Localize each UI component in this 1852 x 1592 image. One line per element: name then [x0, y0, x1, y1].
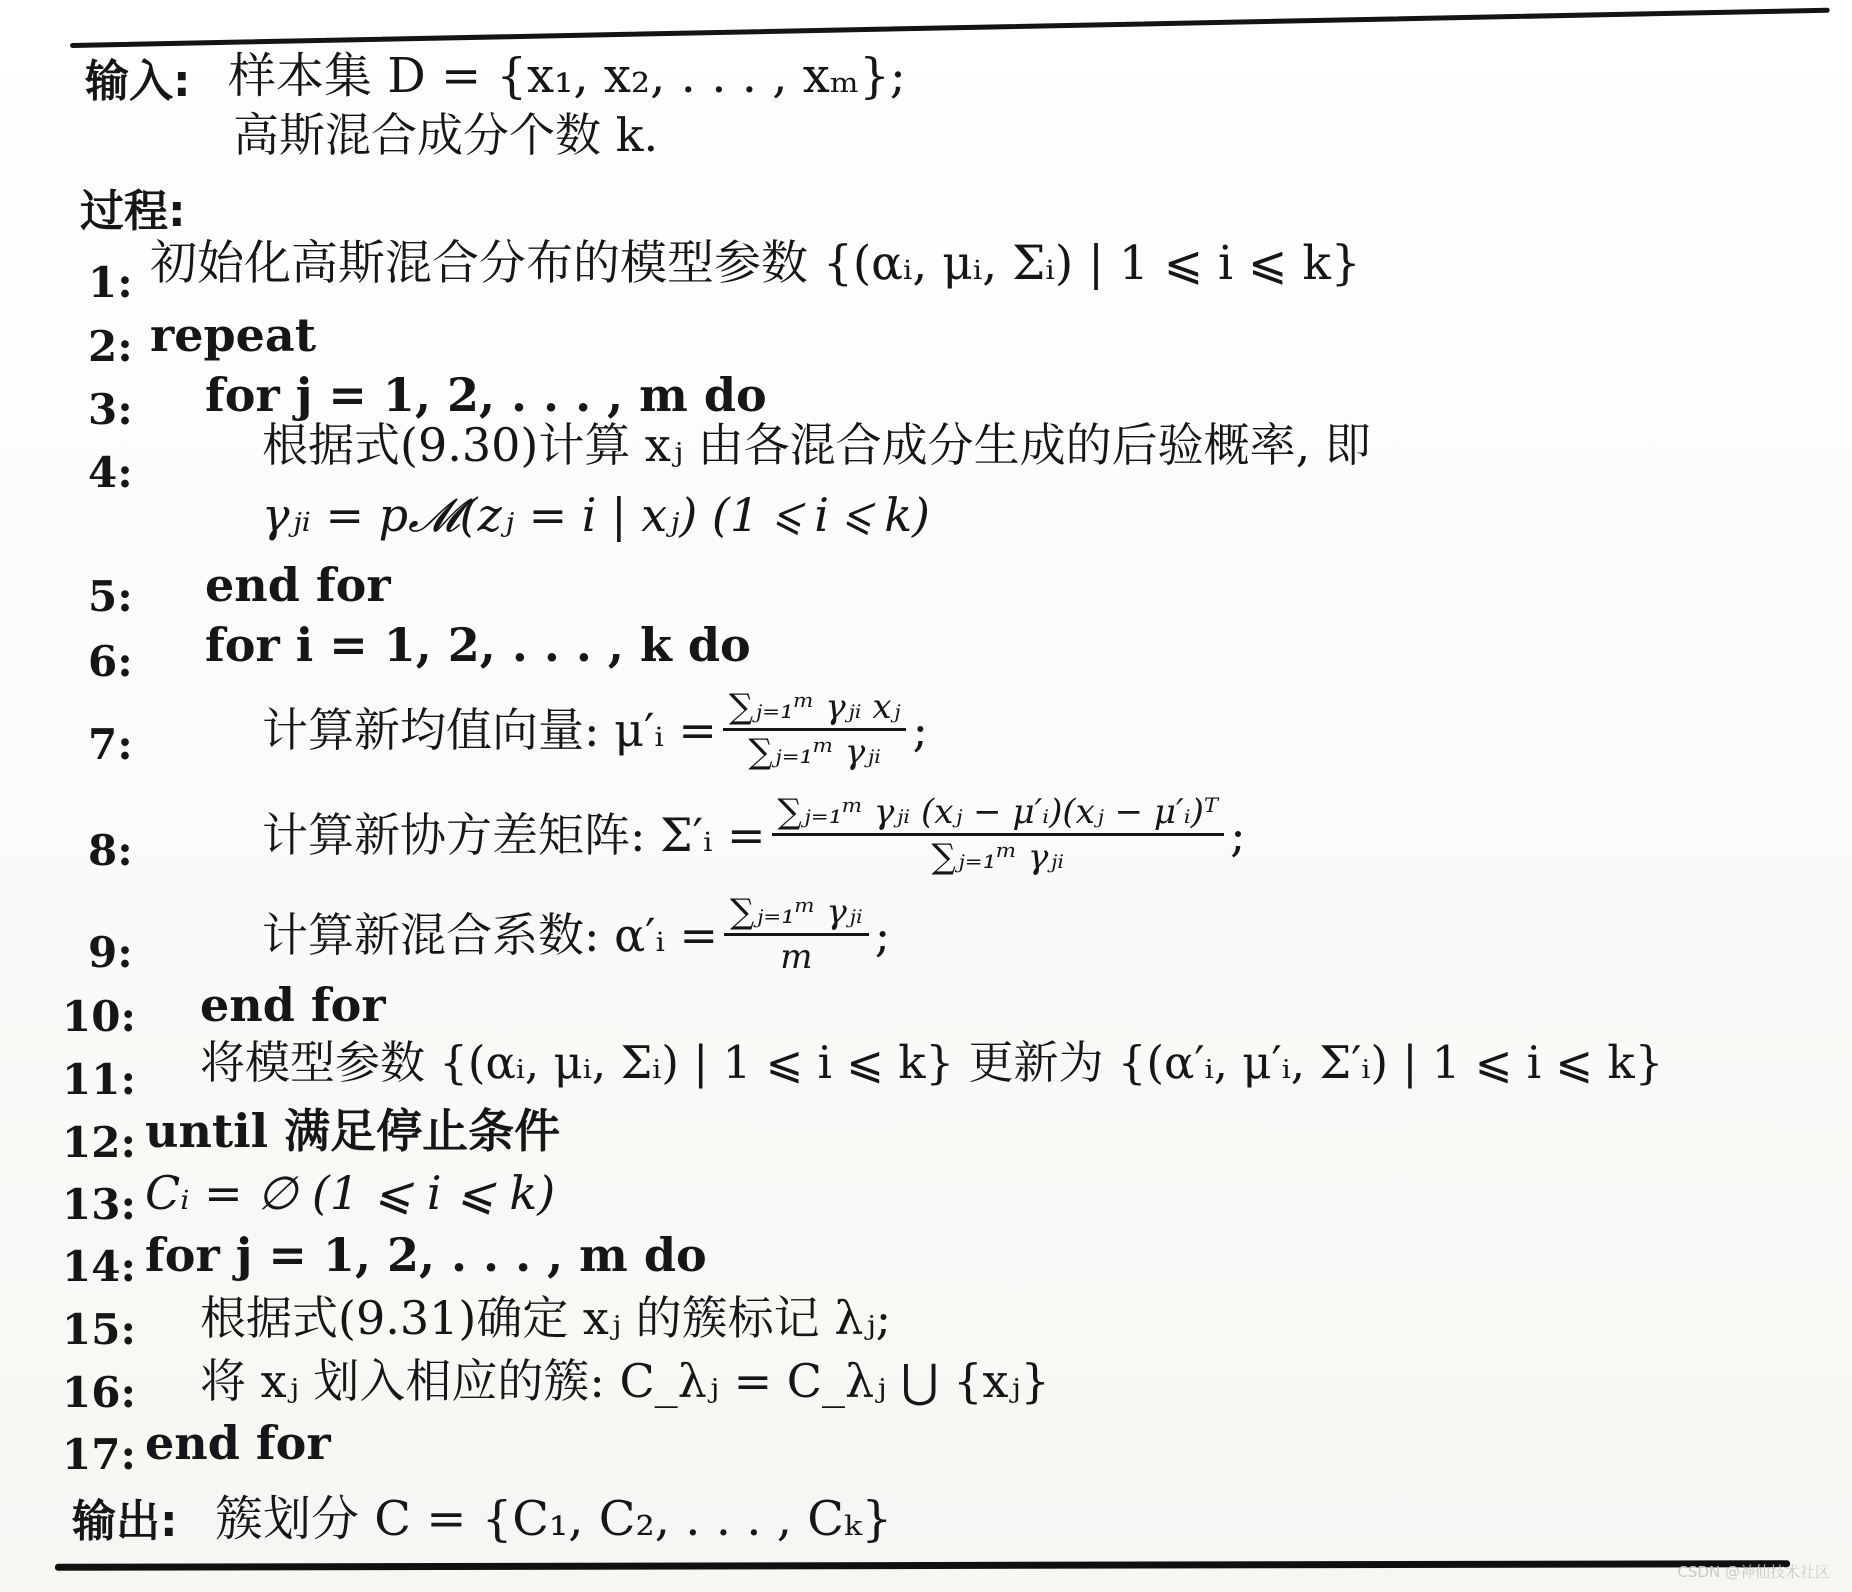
- mean-fraction-numerator: ∑ⱼ₌₁ᵐ γⱼᵢ xⱼ: [723, 690, 907, 731]
- covariance-fraction: ∑ⱼ₌₁ᵐ γⱼᵢ (xⱼ − μ′ᵢ)(xⱼ − μ′ᵢ)ᵀ ∑ⱼ₌₁ᵐ γⱼ…: [772, 795, 1225, 874]
- step-5: end for: [205, 562, 391, 608]
- algorithm-page: 输入: 样本集 D = {x₁, x₂, . . . , xₘ}; 高斯混合成分…: [0, 0, 1852, 1592]
- line-number-3: 3:: [88, 385, 133, 434]
- step-7: 计算新均值向量: μ′ᵢ = ∑ⱼ₌₁ᵐ γⱼᵢ xⱼ ∑ⱼ₌₁ᵐ γⱼᵢ ;: [262, 690, 928, 769]
- step-8-tail: ;: [1230, 812, 1246, 858]
- line-number-7: 7:: [88, 720, 133, 769]
- step-6: for i = 1, 2, . . . , k do: [205, 622, 751, 668]
- line-number-15: 15:: [62, 1305, 136, 1354]
- covariance-fraction-denominator: ∑ⱼ₌₁ᵐ γⱼᵢ: [926, 836, 1071, 874]
- line-number-12: 12:: [62, 1118, 136, 1167]
- line-number-4: 4:: [88, 448, 133, 497]
- mixing-coef-fraction-numerator: ∑ⱼ₌₁ᵐ γⱼᵢ: [724, 895, 869, 936]
- watermark: CSDN @神仙技术社区: [1677, 1561, 1830, 1582]
- line-number-17: 17:: [62, 1430, 136, 1479]
- step-7-text: 计算新均值向量: μ′ᵢ =: [262, 707, 717, 753]
- line-number-5: 5:: [88, 572, 133, 621]
- line-number-2: 2:: [88, 322, 133, 371]
- step-3: for j = 1, 2, . . . , m do: [205, 372, 767, 418]
- step-14: for j = 1, 2, . . . , m do: [145, 1232, 707, 1278]
- step-11: 将模型参数 {(αᵢ, μᵢ, Σᵢ) | 1 ⩽ i ⩽ k} 更新为 {(α…: [200, 1040, 1663, 1085]
- step-4-continued: γⱼᵢ = p𝓜(zⱼ = i | xⱼ) (1 ⩽ i ⩽ k): [262, 492, 930, 538]
- line-number-11: 11:: [62, 1055, 136, 1104]
- mean-fraction-denominator: ∑ⱼ₌₁ᵐ γⱼᵢ: [742, 731, 887, 769]
- line-number-9: 9:: [88, 928, 133, 977]
- input-label: 输入:: [85, 60, 191, 104]
- step-9-text: 计算新混合系数: α′ᵢ =: [262, 912, 718, 958]
- step-10: end for: [200, 982, 386, 1028]
- step-13: Cᵢ = ∅ (1 ⩽ i ⩽ k): [145, 1170, 555, 1216]
- mixing-coef-fraction: ∑ⱼ₌₁ᵐ γⱼᵢ m: [724, 895, 869, 974]
- top-rule: [70, 8, 1830, 48]
- step-2: repeat: [150, 312, 316, 358]
- step-9-tail: ;: [875, 912, 891, 958]
- line-number-14: 14:: [62, 1242, 136, 1291]
- line-number-1: 1:: [88, 258, 133, 307]
- mixing-coef-fraction-denominator: m: [774, 936, 818, 974]
- bottom-rule: [55, 1560, 1790, 1571]
- process-label: 过程:: [80, 190, 186, 234]
- covariance-fraction-numerator: ∑ⱼ₌₁ᵐ γⱼᵢ (xⱼ − μ′ᵢ)(xⱼ − μ′ᵢ)ᵀ: [772, 795, 1225, 836]
- step-15: 根据式(9.31)确定 xⱼ 的簇标记 λⱼ;: [200, 1295, 891, 1341]
- line-number-6: 6:: [88, 637, 133, 686]
- input-line-2: 高斯混合成分个数 k.: [233, 112, 658, 158]
- step-4: 根据式(9.30)计算 xⱼ 由各混合成分生成的后验概率, 即: [262, 422, 1371, 468]
- step-8: 计算新协方差矩阵: Σ′ᵢ = ∑ⱼ₌₁ᵐ γⱼᵢ (xⱼ − μ′ᵢ)(xⱼ …: [262, 795, 1246, 874]
- step-9: 计算新混合系数: α′ᵢ = ∑ⱼ₌₁ᵐ γⱼᵢ m ;: [262, 895, 890, 974]
- line-number-8: 8:: [88, 826, 133, 875]
- step-17: end for: [145, 1420, 331, 1466]
- step-8-text: 计算新协方差矩阵: Σ′ᵢ =: [262, 812, 766, 858]
- output-text: 簇划分 C = {C₁, C₂, . . . , Cₖ}: [215, 1495, 892, 1543]
- step-12: until 满足停止条件: [145, 1108, 560, 1154]
- line-number-13: 13:: [62, 1180, 136, 1229]
- step-1: 初始化高斯混合分布的模型参数 {(αᵢ, μᵢ, Σᵢ) | 1 ⩽ i ⩽ k…: [150, 240, 1361, 287]
- input-line-1: 样本集 D = {x₁, x₂, . . . , xₘ};: [228, 52, 906, 100]
- output-label: 输出:: [72, 1500, 178, 1544]
- mean-fraction: ∑ⱼ₌₁ᵐ γⱼᵢ xⱼ ∑ⱼ₌₁ᵐ γⱼᵢ: [723, 690, 907, 769]
- step-7-tail: ;: [912, 707, 928, 753]
- step-16: 将 xⱼ 划入相应的簇: C_λⱼ = C_λⱼ ⋃ {xⱼ}: [200, 1358, 1050, 1404]
- line-number-16: 16:: [62, 1368, 136, 1417]
- line-number-10: 10:: [62, 992, 136, 1041]
